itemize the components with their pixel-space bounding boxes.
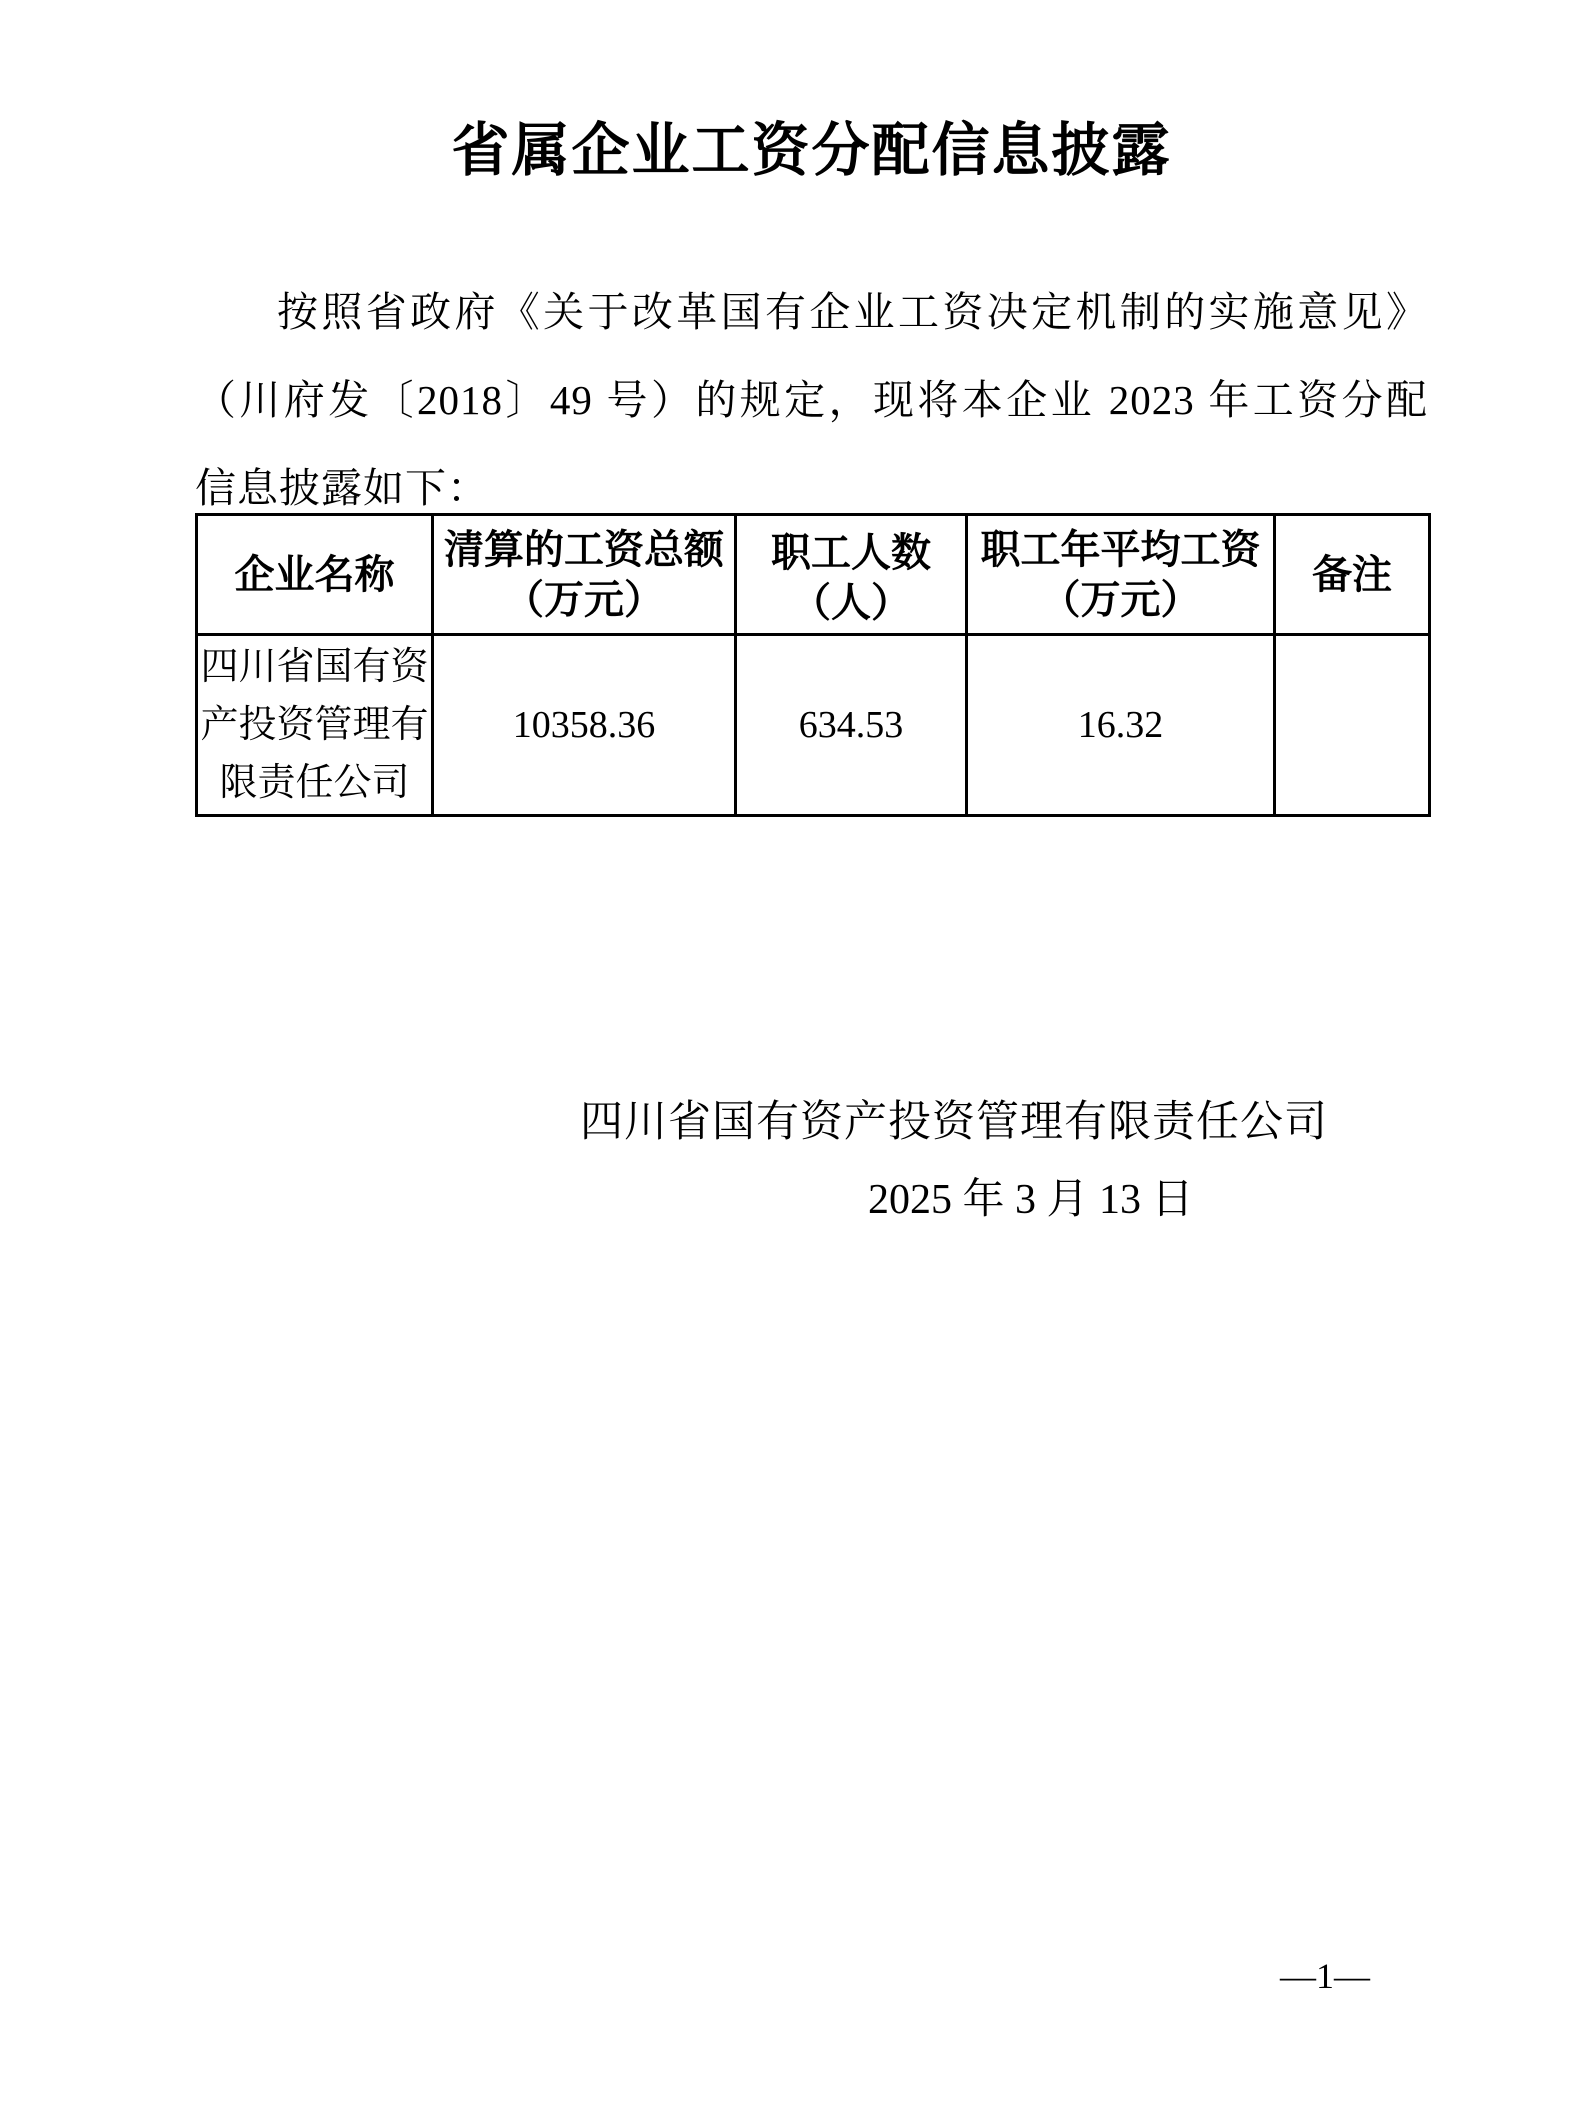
cell-total-wage: 10358.36: [433, 635, 736, 816]
cell-avg-wage: 16.32: [967, 635, 1275, 816]
paragraph-line-2: （川府发〔2018〕49 号）的规定，现将本企业 2023 年工资分配: [195, 356, 1428, 444]
page-number: —1—: [1280, 1956, 1370, 1996]
header-employee-count-text: 职工人数（人）: [739, 528, 963, 628]
table-header-row: 企业名称 清算的工资总额 （万元） 职工人数（人） 职工年平均工资 （万元） 备…: [197, 515, 1430, 635]
paragraph-line-1: 按照省政府《关于改革国有企业工资决定机制的实施意见》: [195, 268, 1428, 356]
header-total-wage: 清算的工资总额 （万元）: [433, 515, 736, 635]
cell-employee-count: 634.53: [736, 635, 967, 816]
company-name-line2: 产投资管理有: [200, 696, 429, 754]
header-avg-wage-line2: （万元）: [970, 575, 1271, 625]
header-total-wage-line1: 清算的工资总额: [436, 525, 732, 575]
header-company-name: 企业名称: [197, 515, 433, 635]
signature-company: 四川省国有资产投资管理有限责任公司: [580, 1098, 1328, 1148]
header-employee-count: 职工人数（人）: [736, 515, 967, 635]
company-name-line1: 四川省国有资: [200, 638, 429, 696]
table-row: 四川省国有资 产投资管理有 限责任公司 10358.36 634.53 16.3…: [197, 635, 1430, 816]
cell-company-name: 四川省国有资 产投资管理有 限责任公司: [197, 635, 433, 816]
header-total-wage-line2: （万元）: [436, 575, 732, 625]
signature-date: 2025 年 3 月 13 日: [868, 1176, 1194, 1224]
header-company-name-text: 企业名称: [200, 550, 429, 600]
page-title: 省属企业工资分配信息披露: [195, 118, 1428, 184]
company-name-line3: 限责任公司: [200, 754, 429, 812]
header-avg-wage-line1: 职工年平均工资: [970, 525, 1271, 575]
wage-disclosure-table: 企业名称 清算的工资总额 （万元） 职工人数（人） 职工年平均工资 （万元） 备…: [195, 513, 1431, 817]
cell-remark: [1275, 635, 1430, 816]
header-remark-text: 备注: [1278, 550, 1426, 600]
intro-paragraph: 按照省政府《关于改革国有企业工资决定机制的实施意见》 （川府发〔2018〕49 …: [195, 268, 1428, 532]
document-page: { "doc": { "title": "省属企业工资分配信息披露", "par…: [0, 0, 1587, 2120]
header-avg-wage: 职工年平均工资 （万元）: [967, 515, 1275, 635]
header-remark: 备注: [1275, 515, 1430, 635]
